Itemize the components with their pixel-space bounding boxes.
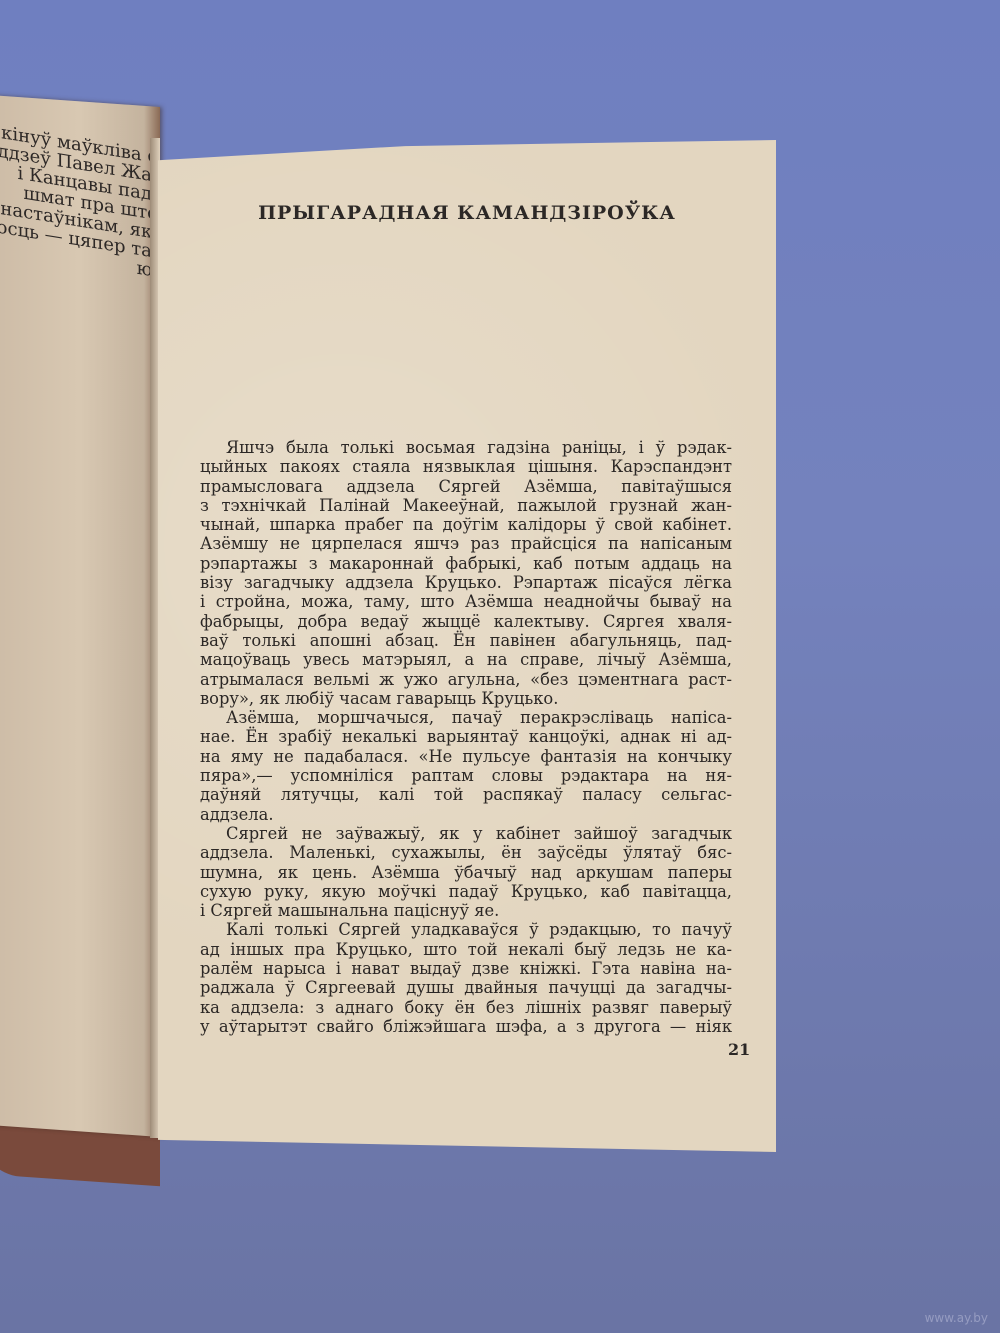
text-line: візу загадчыку аддзела Круцько. Рэпартаж… — [200, 573, 732, 592]
paragraph: Калі толькі Сяргей уладкаваўся ў рэдакцы… — [200, 920, 732, 1036]
body-text: Яшчэ была толькі восьмая гадзіна раніцы,… — [200, 438, 732, 1036]
paragraph: Сяргей не заўважыў, як у кабінет зайшоў … — [200, 824, 732, 920]
text-line: і стройна, можа, таму, што Азёмша неадно… — [200, 592, 732, 611]
text-line: шумна, як цень. Азёмша ўбачыў над аркуша… — [200, 863, 732, 882]
chapter-title: ПРЫГАРАДНАЯ КАМАНДЗІРОЎКА — [158, 202, 776, 224]
text-line: на яму не падабалася. «Не пульсуе фантаз… — [200, 747, 732, 766]
text-line: ваў толькі апошні абзац. Ён павінен абаг… — [200, 631, 732, 650]
page-number: 21 — [728, 1040, 750, 1059]
text-line: нае. Ён зрабіў некалькі варыянтаў канцоў… — [200, 727, 732, 746]
right-page: ПРЫГАРАДНАЯ КАМАНДЗІРОЎКА Яшчэ была толь… — [158, 140, 776, 1152]
text-line: ралём нарыса і нават выдаў дзве кніжкі. … — [200, 959, 732, 978]
text-line: раджала ў Сяргеевай душы двайныя пачуцці… — [200, 978, 732, 997]
left-page-text: кінуў маўкліва еддзеў Павел Жа-і Канцавы… — [0, 121, 158, 281]
text-line: Калі толькі Сяргей уладкаваўся ў рэдакцы… — [200, 920, 732, 939]
text-line: аддзела. Маленькі, сухажылы, ён заўсёды … — [200, 843, 732, 862]
text-line: з тэхнічкай Палінай Макееўнай, пажылой г… — [200, 496, 732, 515]
text-line: рэпартажы з макароннай фабрыкі, каб поты… — [200, 554, 732, 573]
text-line: пяра»,— успомніліся раптам словы рэдакта… — [200, 766, 732, 785]
text-line: Яшчэ была толькі восьмая гадзіна раніцы,… — [200, 438, 732, 457]
text-line: мацоўваць увесь матэрыял, а на справе, л… — [200, 650, 732, 669]
watermark: www.ay.by — [925, 1311, 988, 1325]
paragraph: Азёмша, моршчачыся, пачаў перакрэсліваць… — [200, 708, 732, 824]
text-line: Сяргей не заўважыў, як у кабінет зайшоў … — [200, 824, 732, 843]
text-line: Азёмшу не цярпелася яшчэ раз прайсціся п… — [200, 534, 732, 553]
text-line: даўняй лятучцы, калі той распякаў паласу… — [200, 785, 732, 804]
text-line: прамысловага аддзела Сяргей Азёмша, паві… — [200, 477, 732, 496]
text-line: атрымалася вельмі ж ужо агульна, «без цэ… — [200, 670, 732, 689]
text-line: фабрыцы, добра ведаў жыццё калектыву. Ся… — [200, 612, 732, 631]
paragraph: Яшчэ была толькі восьмая гадзіна раніцы,… — [200, 438, 732, 708]
text-line: ка аддзела: з аднаго боку ён без лішніх … — [200, 998, 732, 1017]
text-line: сухую руку, якую моўчкі падаў Круцько, к… — [200, 882, 732, 901]
text-line: Азёмша, моршчачыся, пачаў перакрэсліваць… — [200, 708, 732, 727]
text-line: у аўтарытэт свайго бліжэйшага шэфа, а з … — [200, 1017, 732, 1036]
text-line: цыйных пакоях стаяла нязвыклая цішыня. К… — [200, 457, 732, 476]
text-line: аддзела. — [200, 805, 732, 824]
text-line: ад іншых пра Круцько, што той некалі быў… — [200, 940, 732, 959]
text-line: і Сяргей машынальна паціснуў яе. — [200, 901, 732, 920]
text-line: вору», як любіў часам гаварыць Круцько. — [200, 689, 732, 708]
text-line: чынай, шпарка прабег па доўгім калідоры … — [200, 515, 732, 534]
